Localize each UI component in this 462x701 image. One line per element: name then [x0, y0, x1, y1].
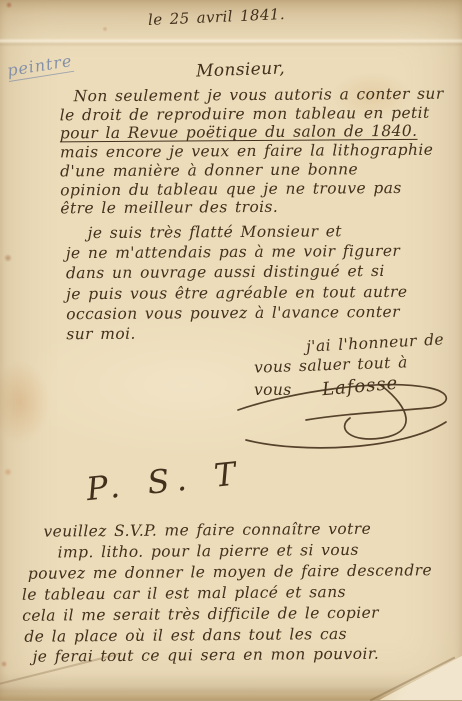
letter-line: pouvez me donner le moyen de faire desce…	[28, 560, 432, 584]
postscript: veuillez S.V.P. me faire connaître votre…	[21, 518, 432, 668]
letter-line: cela il me serait très difficile de le c…	[22, 602, 432, 626]
letter-line: occasion vous pouvez à l'avance conter	[66, 302, 407, 325]
signature-flourish	[232, 362, 458, 454]
letter-line: Non seulement je vous autoris a conter s…	[60, 85, 444, 106]
ps-header: P. S. T	[84, 454, 245, 508]
letter-line: être le meilleur des trois.	[60, 197, 444, 218]
letter-line: je ferai tout ce qui sera en mon pouvoir…	[32, 644, 432, 668]
letter-line: je ne m'attendais pas à me voir figurer	[66, 241, 407, 264]
pencil-annotation: peintre	[6, 51, 74, 82]
salutation: Monsieur,	[196, 58, 286, 81]
letter-line: je puis vous être agréable en tout autre	[66, 281, 407, 304]
paragraph-1: Non seulement je vous autoris a conter s…	[60, 85, 445, 219]
letter-line: opinion du tableau que je ne trouve pas	[60, 178, 444, 199]
paragraph-2: je suis très flatté Monsieur et je ne m'…	[66, 221, 408, 345]
letter-page: le 25 avril 1841. peintre Monsieur, Non …	[0, 0, 462, 700]
letter-date: le 25 avril 1841.	[148, 5, 286, 29]
letter-line: mais encore je veux en faire la lithogra…	[60, 141, 444, 162]
paper-crease	[0, 38, 462, 47]
letter-line: je suis très flatté Monsieur et	[66, 221, 407, 244]
letter-line: dans un ouvrage aussi distingué et si	[66, 261, 407, 284]
